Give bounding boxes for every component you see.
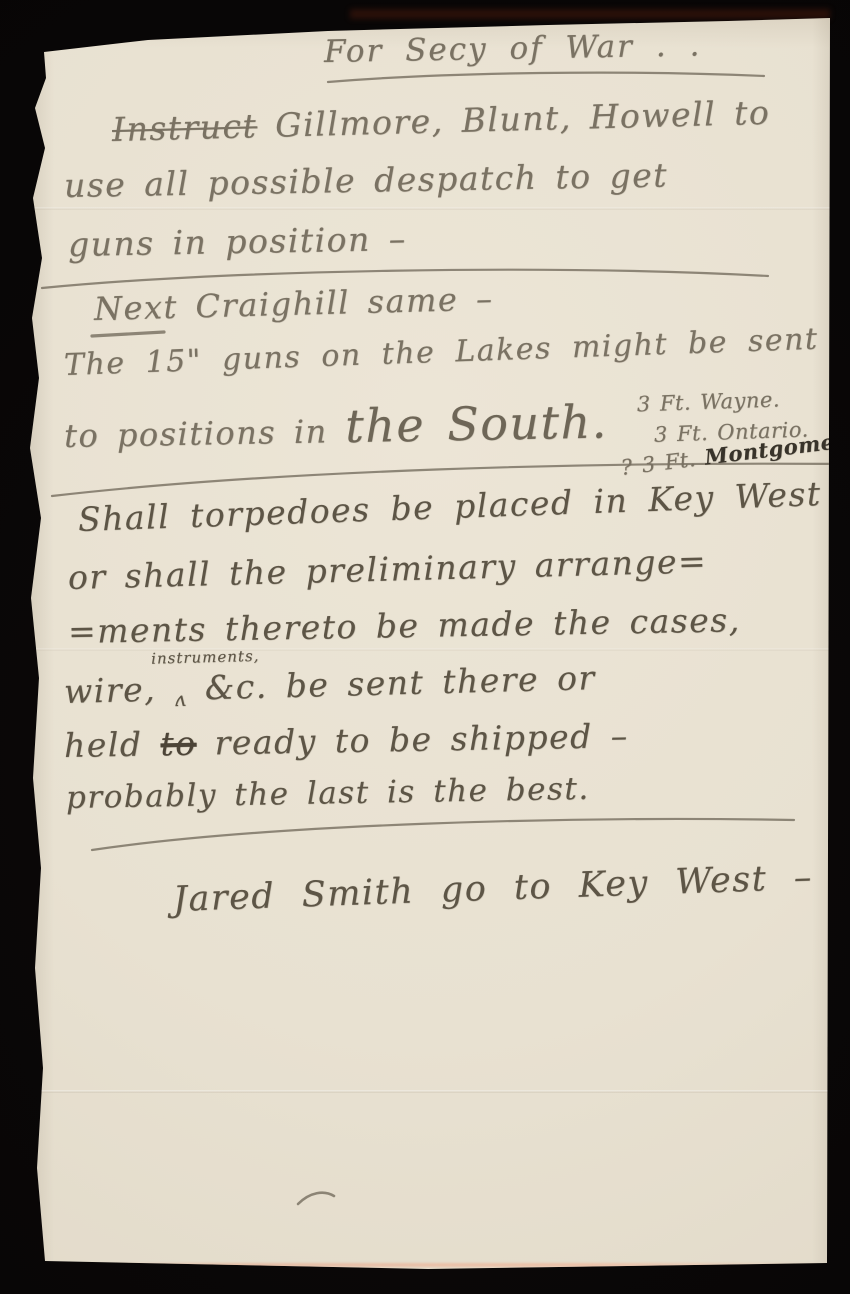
section-divider-3 [92, 819, 794, 850]
text-segment: &c. be sent there or [186, 658, 596, 708]
text-line-held-ready: held to ready to be shipped – [64, 716, 629, 765]
text-segment: Gillmore, Blunt, Howell to [257, 93, 771, 145]
scribbled-out-word: to [160, 724, 197, 764]
text-line-next-craighill: Next Craighill same – [94, 280, 494, 328]
next-underline-stroke [92, 332, 164, 336]
caret-insertion-mark: ʌ [174, 687, 187, 711]
photo-background: For Secy of War . . Instruct Gillmore, B… [0, 0, 850, 1294]
text-line-torpedoes: Shall torpedoes be placed in Key West [77, 474, 822, 539]
manuscript-page: For Secy of War . . Instruct Gillmore, B… [28, 18, 830, 1270]
text-line-wire-etc: instruments,wire, ʌ &c. be sent there or [63, 658, 596, 711]
text-line-probably-best: probably the last is the best. [66, 771, 590, 816]
page-title: For Secy of War . . [324, 27, 702, 70]
paper-bottom-edge [40, 1263, 818, 1267]
text-segment: ? 3 Ft. [620, 446, 707, 480]
text-segment-large: the South. [345, 395, 608, 454]
text-line-preliminary: or shall the preliminary arrange= [67, 541, 707, 597]
fold-crease-bottom [28, 1090, 830, 1093]
title-underline-stroke [328, 73, 764, 82]
text-line-despatch: use all possible despatch to get [64, 155, 669, 205]
text-line-positions-south: to positions in the South. [64, 395, 609, 458]
text-line-lakes-guns: The 15" guns on the Lakes might be sent [63, 322, 819, 383]
text-segment: held [64, 724, 161, 765]
text-line-ments-cases: =ments thereto be made the cases, [68, 600, 741, 651]
fold-crease-top [28, 207, 830, 210]
fort-list: 3 Ft. Wayne. 3 Ft. Ontario. ? 3 Ft. Mont… [618, 382, 850, 484]
struck-word: Instruct [111, 106, 257, 149]
underlined-word: Next [94, 288, 179, 328]
stray-pencil-mark [298, 1193, 334, 1204]
text-segment: ready to be shipped – [196, 716, 629, 763]
text-segment: Craighill same – [177, 280, 494, 326]
text-line-jared-smith: Jared Smith go to Key West – [172, 858, 813, 920]
background-reflection [350, 9, 830, 19]
text-segment: to positions in [64, 412, 346, 455]
inserted-word-above-line: instruments, [151, 647, 260, 668]
text-line-guns-position: guns in position – [68, 219, 407, 264]
text-segment: wire, [63, 669, 174, 711]
text-line-instruct: Instruct Gillmore, Blunt, Howell to [111, 93, 770, 149]
